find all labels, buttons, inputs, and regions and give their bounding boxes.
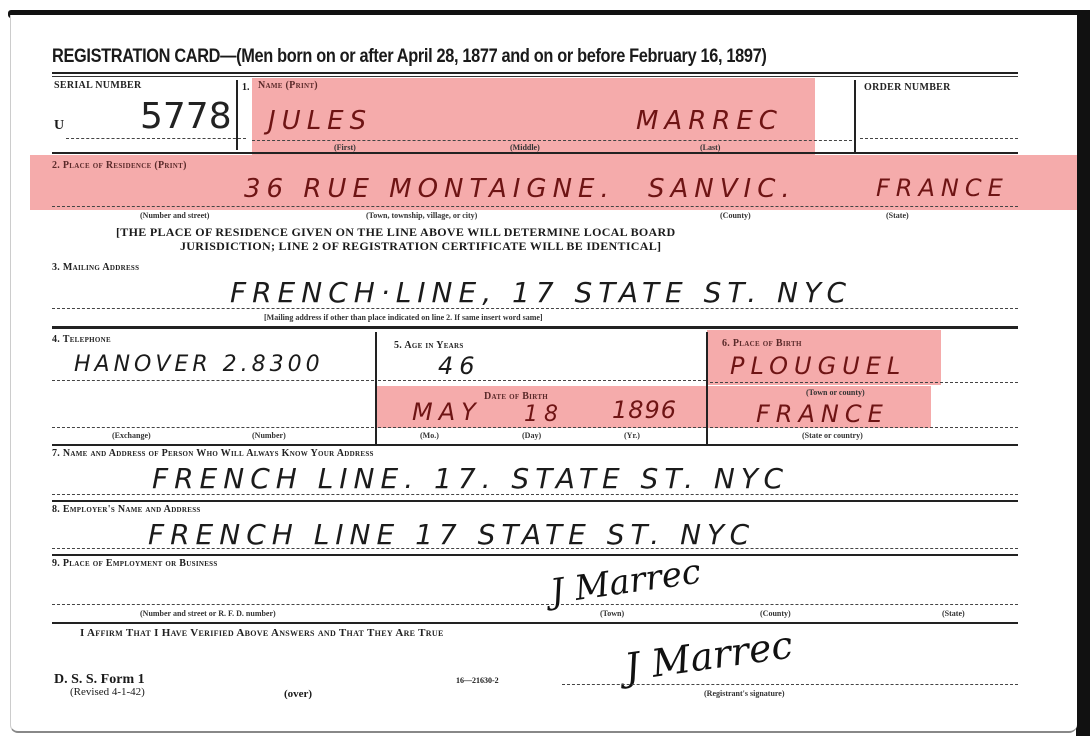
name-sub-last: (Last) xyxy=(700,143,720,152)
age-label: 5. Age in Years xyxy=(394,340,464,351)
residence-street-value: 36 RUE MONTAIGNE. xyxy=(244,174,615,204)
employment-sub-county: (County) xyxy=(760,609,791,618)
telephone-value: HANOVER 2.8300 xyxy=(74,352,324,377)
residence-town-value: SANVIC. xyxy=(648,174,796,204)
form-revised: (Revised 4-1-42) xyxy=(70,686,145,698)
residence-sub-street: (Number and street) xyxy=(140,211,209,220)
document-frame: REGISTRATION CARD—(Men born on or after … xyxy=(0,0,1090,736)
row9-rule xyxy=(52,622,1018,624)
residence-notice-line2: JURISDICTION; LINE 2 OF REGISTRATION CER… xyxy=(180,239,661,254)
signature-line xyxy=(562,684,1018,685)
age-line xyxy=(378,380,706,381)
employment-sub-town: (Town) xyxy=(600,609,624,618)
row1-rule xyxy=(52,152,1018,154)
residence-sub-state: (State) xyxy=(886,211,909,220)
card-title: REGISTRATION CARD—(Men born on or after … xyxy=(52,46,766,68)
birth-country-line xyxy=(710,427,1018,428)
title-rule xyxy=(52,72,1018,74)
birth-date-sub-day: (Day) xyxy=(522,431,541,440)
birth-town-line xyxy=(710,382,1018,383)
birthplace-divider xyxy=(706,332,708,444)
birth-town-sub: (Town or county) xyxy=(806,388,865,397)
employer-label: 8. Employer's Name and Address xyxy=(52,504,201,515)
row6-rule xyxy=(52,444,1018,446)
order-number-label: ORDER NUMBER xyxy=(864,82,951,93)
scan-border-right xyxy=(1076,10,1090,736)
signature-sub: (Registrant's signature) xyxy=(704,689,785,698)
residence-sub-county: (County) xyxy=(720,211,751,220)
birth-date-line xyxy=(378,427,706,428)
title-rule-2 xyxy=(52,76,1018,77)
birth-day-value: 18 xyxy=(524,402,564,427)
employer-line xyxy=(52,548,1018,549)
residence-label: 2. Place of Residence (Print) xyxy=(52,160,187,171)
residence-sub-town: (Town, township, village, or city) xyxy=(366,211,477,220)
age-divider-left xyxy=(375,332,377,444)
name-line xyxy=(252,140,852,141)
mailing-sub: [Mailing address if other than place ind… xyxy=(264,313,543,322)
serial-number-label: SERIAL NUMBER xyxy=(54,80,142,91)
birth-country-sub: (State or country) xyxy=(802,431,863,440)
serial-number-value: 5778 xyxy=(140,96,232,137)
name-label: Name (Print) xyxy=(258,80,318,91)
name-last-value: MARREC xyxy=(636,106,783,136)
serial-line xyxy=(66,138,246,139)
mailing-line xyxy=(52,308,1018,309)
birth-year-value: 1896 xyxy=(612,396,677,424)
telephone-label: 4. Telephone xyxy=(52,334,111,345)
residence-line xyxy=(52,206,1018,207)
order-divider xyxy=(854,80,856,152)
age-value: 46 xyxy=(438,352,481,380)
telephone-sub-number: (Number) xyxy=(252,431,286,440)
contact-person-line xyxy=(52,494,1018,495)
birth-date-sub-year: (Yr.) xyxy=(624,431,640,440)
name-sub-first: (First) xyxy=(334,143,356,152)
birth-date-label: Date of Birth xyxy=(484,391,548,402)
employment-place-line xyxy=(52,604,1018,605)
birth-date-sub-month: (Mo.) xyxy=(420,431,439,440)
row8-rule xyxy=(52,554,1018,556)
field-number-1: 1. xyxy=(242,82,250,93)
employer-value: FRENCH LINE 17 STATE ST. NYC xyxy=(148,518,755,551)
telephone-line-2 xyxy=(52,427,374,428)
row7-rule xyxy=(52,500,1018,502)
residence-notice-line1: [THE PLACE OF RESIDENCE GIVEN ON THE LIN… xyxy=(116,225,675,240)
birth-month-value: MAY xyxy=(412,398,482,426)
employment-place-label: 9. Place of Employment or Business xyxy=(52,558,218,569)
contact-person-label: 7. Name and Address of Person Who Will A… xyxy=(52,448,374,459)
row3-rule xyxy=(52,326,1018,329)
over-note: (over) xyxy=(284,688,312,700)
order-number-line xyxy=(860,138,1018,139)
residence-state-value: FRANCE xyxy=(876,174,1009,202)
name-first-value: JULES xyxy=(268,106,372,136)
employment-sub-street: (Number and street or R. F. D. number) xyxy=(140,609,276,618)
serial-prefix: U xyxy=(54,118,64,134)
employment-sub-state: (State) xyxy=(942,609,965,618)
affirmation-text: I Affirm That I Have Verified Above Answ… xyxy=(80,627,444,639)
name-sub-middle: (Middle) xyxy=(510,143,540,152)
contact-person-value: FRENCH LINE. 17. STATE ST. NYC xyxy=(152,462,789,495)
birth-town-value: PLOUGUEL xyxy=(730,352,906,380)
telephone-line xyxy=(52,380,374,381)
birth-country-value: FRANCE xyxy=(756,400,889,428)
mailing-value: FRENCH·LINE, 17 STATE ST. NYC xyxy=(230,276,852,309)
birth-place-label: 6. Place of Birth xyxy=(722,338,802,349)
serial-divider xyxy=(236,80,238,150)
telephone-sub-exchange: (Exchange) xyxy=(112,431,151,440)
print-code: 16—21630-2 xyxy=(456,676,499,685)
mailing-label: 3. Mailing Address xyxy=(52,262,139,273)
